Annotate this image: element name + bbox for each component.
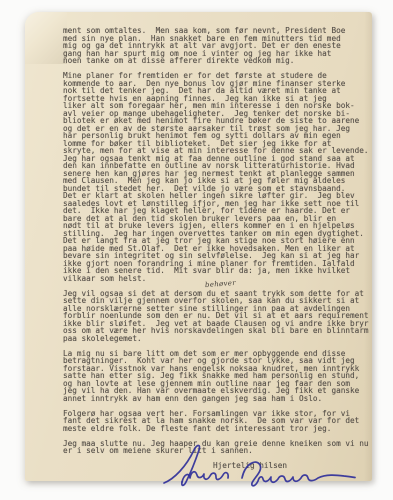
letter-body: ment som omtaltes. Men saa kom, som før … bbox=[63, 27, 375, 470]
paragraph-1: ment som omtaltes. Men saa kom, som før … bbox=[63, 27, 375, 65]
paragraph-5: Folgerø har ogsaa vert her. Forsamlingen… bbox=[63, 410, 375, 433]
paragraph-2: Mine planer for fremtiden er for det før… bbox=[63, 72, 375, 282]
letter-paper: ment som omtaltes. Men saa kom, som før … bbox=[25, 12, 372, 481]
page-curl-top-left bbox=[25, 12, 67, 64]
paragraph-3: Jeg vil ogsaa si det at dersom du et saa… bbox=[63, 290, 375, 343]
scanned-letter-page: ment som omtaltes. Men saa kom, som før … bbox=[0, 0, 393, 500]
signature-handwriting bbox=[150, 440, 370, 498]
paragraph-4: La mig nu si bare litt om det som er mer… bbox=[63, 350, 375, 403]
